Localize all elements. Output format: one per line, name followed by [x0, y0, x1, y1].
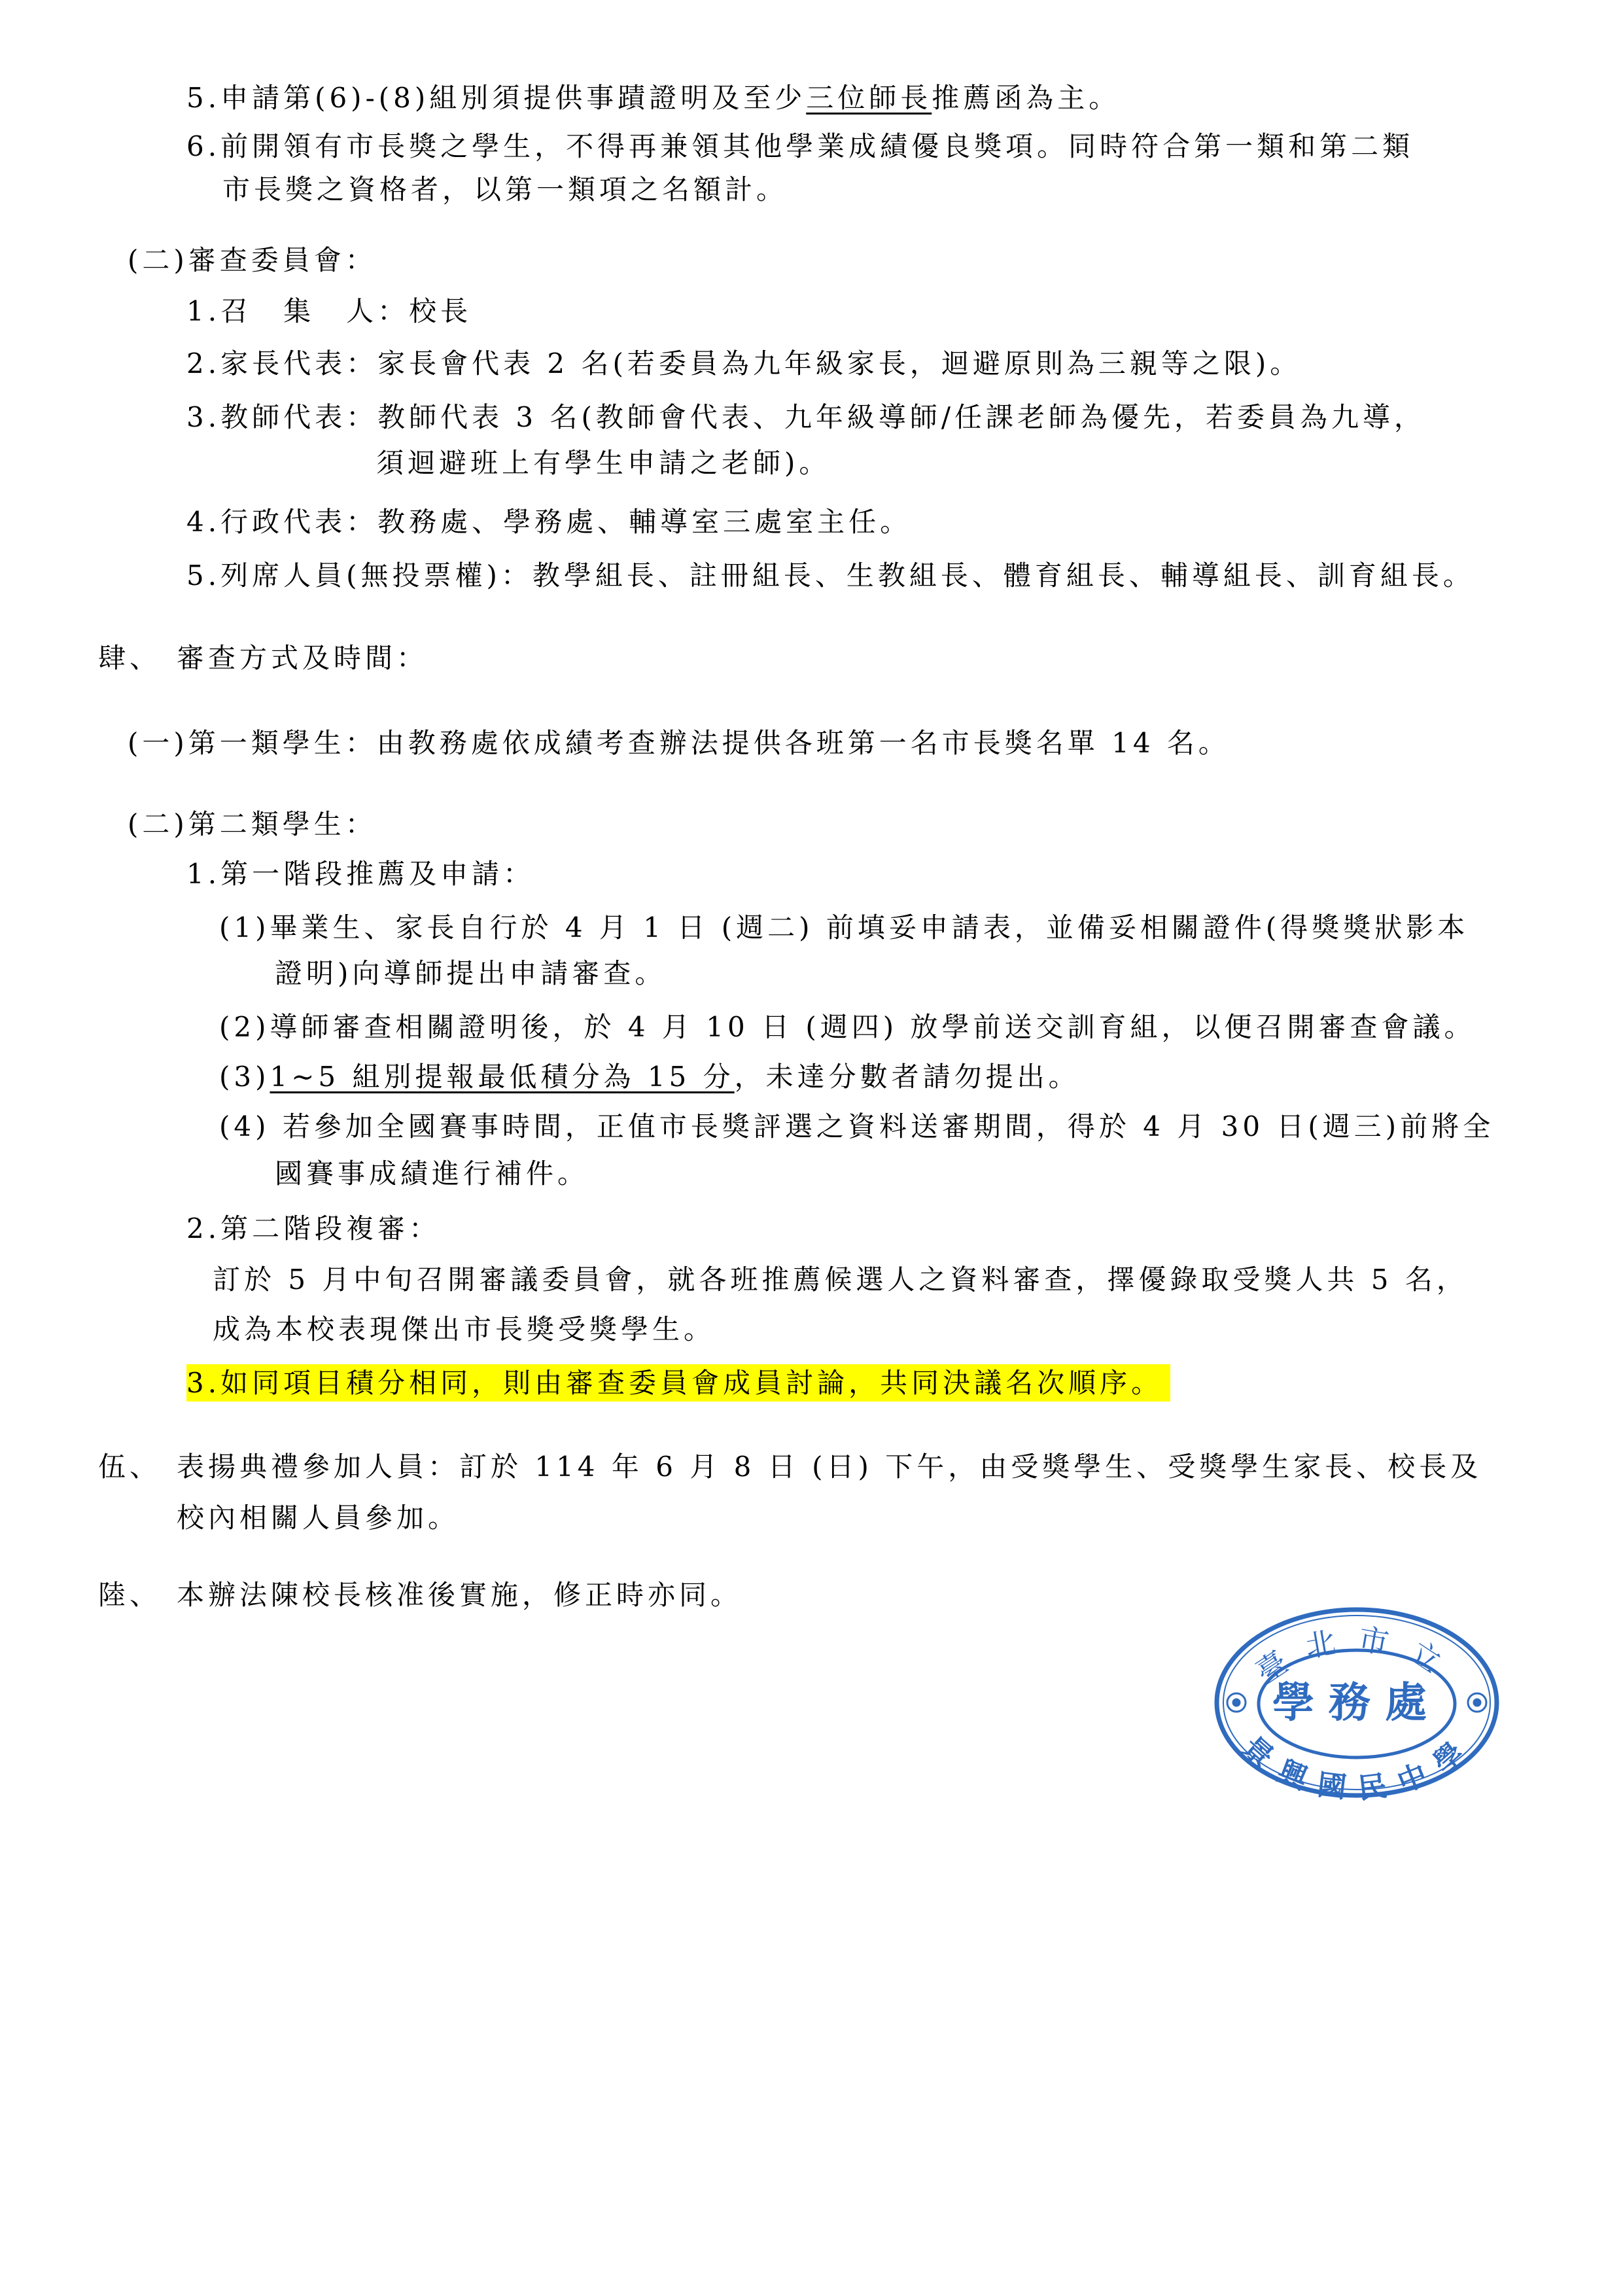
item-number: 5. [186, 82, 220, 114]
stage-two-line-1: 訂於 5 月中旬召開審議委員會，就各班推薦候選人之資料審查，擇優錄取受獎人共 5… [213, 1262, 1468, 1298]
committee-item-4: 4.行政代表：教務處、學務處、輔導室三處室主任。 [186, 504, 911, 540]
committee-item-5: 5.列席人員(無投票權)：教學組長、註冊組長、生教組長、體育組長、輔導組長、訓育… [186, 557, 1475, 594]
section-marker: 伍、 [98, 1451, 161, 1483]
section-five-line-1: 伍、表揚典禮參加人員：訂於 114 年 6 月 8 日 (日) 下午，由受獎學生… [98, 1449, 1482, 1485]
item-6-line-1: 6.前開領有市長獎之學生，不得再兼領其他學業成績優良獎項。同時符合第一類和第二類 [186, 128, 1414, 165]
item-number: 1. [186, 295, 220, 327]
item-text: 家長代表：家長會代表 2 名(若委員為九年級家長，迴避原則為三親等之限)。 [220, 347, 1301, 380]
underlined-three-teachers: 三位師長 [806, 82, 932, 114]
highlighted-text: 3.如同項目積分相同，則由審查委員會成員討論，共同決議名次順序。 [186, 1364, 1170, 1402]
section-marker: 陸、 [98, 1579, 161, 1611]
item-number: 2. [186, 347, 220, 380]
underlined-minimum-score: 1~5 組別提報最低積分為 15 分 [270, 1061, 735, 1093]
item-text: 前開領有市長獎之學生，不得再兼領其他學業成績優良獎項。同時符合第一類和第二類 [220, 130, 1414, 162]
section-four-heading: 肆、審查方式及時間： [98, 640, 428, 677]
item-text: 召 集 人：校長 [220, 295, 472, 327]
svg-text:學務處: 學務處 [1272, 1678, 1441, 1727]
stage-one-item-4-line-2: 國賽事成績進行補件。 [275, 1156, 589, 1192]
item-text-post: 推薦函為主。 [932, 82, 1120, 114]
committee-title: (二)審查委員會： [128, 242, 377, 279]
item-number: (3) [219, 1061, 270, 1093]
item-5-application-requirement: 5.申請第(6)-(8)組別須提供事蹟證明及至少三位師長推薦函為主。 [186, 80, 1120, 116]
stage-one-item-3: (3)1~5 組別提報最低積分為 15 分，未達分數者請勿提出。 [219, 1059, 1080, 1095]
stage-two-line-2: 成為本校表現傑出市長獎受獎學生。 [213, 1311, 715, 1348]
item-text: 導師審查相關證明後，於 4 月 10 日 (週四) 放學前送交訓育組，以便召開審… [270, 1011, 1476, 1043]
item-number: (2) [219, 1011, 270, 1043]
section-marker: 肆、 [98, 642, 161, 674]
stage-two-title: 2.第二階段複審： [186, 1210, 440, 1247]
item-number: (4) [219, 1110, 270, 1142]
section-six: 陸、本辦法陳校長核准後實施，修正時亦同。 [98, 1577, 742, 1614]
item-text: 行政代表：教務處、學務處、輔導室三處室主任。 [220, 506, 911, 538]
item-number: (1) [219, 911, 270, 944]
stage-one-item-2: (2)導師審查相關證明後，於 4 月 10 日 (週四) 放學前送交訓育組，以便… [219, 1009, 1476, 1046]
seal-icon: 臺北市立 景興國民中學 學務處 [1212, 1604, 1502, 1801]
item-number: 5. [186, 559, 220, 592]
item-number: 3. [186, 401, 220, 433]
section-five-line-2: 校內相關人員參加。 [177, 1500, 459, 1536]
tie-rule-highlighted: 3.如同項目積分相同，則由審查委員會成員討論，共同決議名次順序。 [186, 1365, 1170, 1402]
item-text: 列席人員(無投票權)：教學組長、註冊組長、生教組長、體育組長、輔導組長、訓育組長… [220, 559, 1475, 592]
item-text: 教師代表：教師代表 3 名(教師會代表、九年級導師/任課老師為優先，若委員為九導… [220, 401, 1425, 433]
committee-item-1: 1.召 集 人：校長 [186, 293, 472, 330]
section-text: 本辦法陳校長核准後實施，修正時亦同。 [177, 1579, 742, 1611]
item-text-post: ，未達分數者請勿提出。 [735, 1061, 1080, 1093]
item-6-line-2: 市長獎之資格者，以第一類項之名額計。 [222, 171, 788, 208]
item-number: 6. [186, 130, 220, 162]
item-text: 畢業生、家長自行於 4 月 1 日 (週二) 前填妥申請表，並備妥相關證件(得獎… [270, 911, 1469, 944]
section-title: 審查方式及時間： [177, 642, 428, 674]
item-text-pre: 申請第(6)-(8)組別須提供事蹟證明及至少 [220, 82, 806, 114]
item-text: 若參加全國賽事時間，正值市長獎評選之資料送審期間，得於 4 月 30 日(週三)… [270, 1110, 1495, 1142]
stage-one-title: 1.第一階段推薦及申請： [186, 856, 534, 892]
stage-one-item-1-line-1: (1)畢業生、家長自行於 4 月 1 日 (週二) 前填妥申請表，並備妥相關證件… [219, 910, 1469, 946]
committee-item-3-line-2: 須迴避班上有學生申請之老師)。 [376, 445, 830, 482]
stage-one-item-4-line-1: (4) 若參加全國賽事時間，正值市長獎評選之資料送審期間，得於 4 月 30 日… [219, 1108, 1494, 1145]
committee-item-3-line-1: 3.教師代表：教師代表 3 名(教師會代表、九年級導師/任課老師為優先，若委員為… [186, 399, 1425, 436]
office-seal-stamp: 臺北市立 景興國民中學 學務處 [1212, 1604, 1502, 1801]
item-number: 4. [186, 506, 220, 538]
section-text: 表揚典禮參加人員：訂於 114 年 6 月 8 日 (日) 下午，由受獎學生、受… [177, 1451, 1482, 1483]
committee-item-2: 2.家長代表：家長會代表 2 名(若委員為九年級家長，迴避原則為三親等之限)。 [186, 345, 1301, 382]
stage-one-item-1-line-2: 證明)向導師提出申請審查。 [275, 955, 666, 992]
category-one: (一)第一類學生：由教務處依成績考查辦法提供各班第一名市長獎名單 14 名。 [128, 725, 1230, 762]
category-two-title: (二)第二類學生： [128, 806, 377, 843]
